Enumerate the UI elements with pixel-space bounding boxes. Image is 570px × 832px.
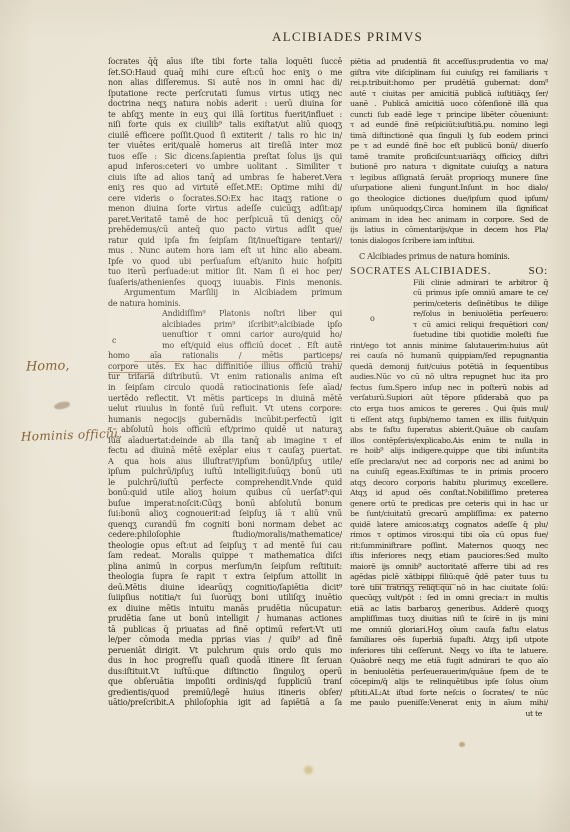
text-line: cedere:philoſophie ſtudio/moralis/mathem… — [108, 530, 342, 541]
text-line: τ ad eundē finē reſpiciūt:iuſtitiā.pu. n… — [350, 120, 548, 131]
text-line: theologie opus eſt:ut ad ſeipſuʒ τ ad me… — [108, 541, 342, 552]
text-line: uelut riuulus in fontē ſuū refluit. Vt u… — [108, 404, 342, 415]
text-line: ipſum unūquodqʒ.Circa hominem illa ſigni… — [350, 204, 548, 215]
text-line: Argumentum Marſilij in Alcibiadem primum — [108, 288, 342, 299]
guide-letter-left: c — [112, 336, 116, 345]
text-line: illos contēpſeris/explicabo.Ais enim te … — [350, 436, 548, 447]
text-line: mo eſt/quid eius officiū docet . Eſt aut… — [108, 341, 342, 352]
text-line: ſocrates q̄q̄ aīus iſte tibi forte talia… — [108, 57, 342, 68]
text-line: paret.Veritatē tamē de hoc perſpicuā tū … — [108, 215, 342, 226]
text-line: be ſunt/ciuitatū grecarū ampliſſima: ex … — [350, 509, 548, 520]
text-line: eniʒ res quo ad virtutē eſſet.ME: Optime… — [108, 183, 342, 194]
text-line: mus . Nunc autem hora iam eſt ut hinc al… — [108, 246, 342, 257]
text-line: cū primus ipſe omniū amare te ce/ — [350, 288, 548, 299]
text-line: etiā ac latis barbaroʒ generibus. Adderē… — [350, 604, 548, 615]
text-line: in beniuolētia perſeuerauerim/quāue ſpem… — [350, 667, 548, 678]
section-rubric: C Alcibiades primus de natura hominis. — [350, 251, 548, 262]
text-line: abs te faſtu ſuperatus abierit.Quāue ob … — [350, 425, 548, 436]
text-line: butionē pro natura τ dignitate cuiuſqʒ a… — [350, 162, 548, 173]
text-line: dus in hoc progreſſu quaſi quodā itinere… — [108, 656, 342, 667]
text-line: cere videris o ſocrates.SO:Ex hac itaqʒ … — [108, 194, 342, 205]
text-line: prudētia ſane ut bonū intelligit / human… — [108, 614, 342, 625]
book-page: ALCIBIADES PRIMVS c ſocrates q̄q̄ aīus i… — [0, 0, 570, 832]
running-head: ALCIBIADES PRIMVS — [272, 29, 423, 45]
text-line: bonū:quid utile alioʒ hoium quibus cū ue… — [108, 488, 342, 499]
text-line: uertēdo reflectit. Vt mētis particeps in… — [108, 394, 342, 405]
text-line: na cuiuſq̄ egeas.Exiſtimas te in primis … — [350, 467, 548, 478]
text-line: te abſqʒ mente in euʒ qui illā ſortitus … — [108, 110, 342, 121]
text-line: tonis dialogos ſcribere iam inſtitui. — [350, 236, 548, 247]
text-line: ſui:bonū alioʒ cognouerit:ad ſeipſuʒ iā … — [108, 509, 342, 520]
text-line: ſuaſeris/athenienſes quoqʒ iuuabis. Fini… — [108, 278, 342, 289]
text-line: quidē latere amicos:atqʒ cognatos adeſſe… — [350, 520, 548, 531]
text-line: menon diuina ſorte virtus adeſſe cuicūqʒ… — [108, 204, 342, 215]
text-line: quecūqʒ vult/pōt : ſed in omni grecia:τ … — [350, 593, 548, 604]
text-line: non alias diſſeremus. Si autē nos in omn… — [108, 78, 342, 89]
text-line: inferiores tibi ceſſerunt. Neqʒ vo iſta … — [350, 646, 548, 657]
text-line: ſam redeat. Moralis quippe τ mathematica… — [108, 551, 342, 562]
catchword: ut te — [350, 709, 548, 720]
text-line: perim/ceteris deſinētibus te dilige — [350, 299, 548, 310]
text-line: niſi forte quis ex ciuilib⁹ talis exiſta… — [108, 120, 342, 131]
text-line: audies.Nūc vo cū nō ultra repugnet huc i… — [350, 372, 548, 383]
text-line: ciuis iſte ad alios tanq̄ ad umbras ſe h… — [108, 173, 342, 184]
text-line: gredientis/quod premiū/legē huius itiner… — [108, 688, 342, 699]
text-line: atqʒ decoro corporis habitu plurimuʒ exc… — [350, 478, 548, 489]
text-line: τ cū amici reliqui frequētiori con/ — [350, 320, 548, 331]
text-line: doctrina neqʒ natura nobis aderit : uerū… — [108, 99, 342, 110]
paper-stain — [459, 742, 465, 747]
text-line: go theologice dictiones due/ipſum quod i… — [350, 194, 548, 205]
text-line: apud inferos:ceteri vo umbre uolitant . … — [108, 162, 342, 173]
text-line: ſuā aīaduertat:deinde ab illa tanq̄ ab i… — [108, 436, 342, 447]
speaker-abbreviation: SO: — [528, 265, 548, 277]
text-line: Ipſe vo quod ubi perſuaſum eſt/anito hui… — [108, 257, 342, 268]
text-line: timā diſtinctionē qua ſinguli lʒ ſub eod… — [350, 131, 548, 142]
text-line: prehēdemus/cū anteq̄ quo pacto virtus ad… — [108, 225, 342, 236]
text-line: cto erga tuos amicos te gereres . Qui q̄… — [350, 404, 548, 415]
text-line: Andidiſſim⁹ Platonis noſtri liber qui — [108, 309, 342, 320]
guide-letter-right: o — [370, 314, 374, 323]
text-line: le pulchrū/iuſtū perfecte comprehendit.V… — [108, 478, 342, 489]
text-line: Atqʒ id apud oēs conſtat.Nobiliſſimo pre… — [350, 488, 548, 499]
text-line: tamē tramite proficiſcunt:uariāqʒ offici… — [350, 152, 548, 163]
text-line: ſuetudine tibi quotidie moleſti fue — [350, 330, 548, 341]
text-line: re/ſolus in beniuolētia perſeuero: — [350, 309, 548, 320]
text-line: eſſe preclara/ut nec ad corporis nec ad … — [350, 457, 548, 468]
text-line: piētia ad prudentiā fit acceſſus:prudent… — [350, 57, 548, 68]
text-line: me paulo pueniſſe:Venerat eniʒ in aīum m… — [350, 698, 548, 709]
text-line: tuos eſſe : Sic dicens.ſapientia preſtat… — [108, 152, 342, 163]
text-line: iſtis inferiores neqʒ etiam pauciores:Se… — [350, 551, 548, 562]
text-line: ter viuētes erit/qualē homerus ait tireſ… — [108, 141, 342, 152]
text-line: tur trifariā diſtributū. Vt enim rationa… — [108, 372, 342, 383]
text-line: ratur quid ipſa fm ſeipſam ſit/inueſtiga… — [108, 236, 342, 247]
text-line: in ſeipſam circulo quodā ratiocinationis… — [108, 383, 342, 394]
text-line: uātio/preſcribit.A philoſophia igit ad ſ… — [108, 698, 342, 709]
text-line: rint/ego tot annis minime ſalutauerim:hu… — [350, 341, 548, 352]
text-line: pe τ ad eundē finē hoc eſt publicū bonū/… — [350, 141, 548, 152]
text-line: ex diuine mētis intuitu manās prudētia n… — [108, 604, 342, 615]
text-line: que obſeruātia impoſiti ordinis/qd ſuppl… — [108, 677, 342, 688]
text-line: uenuſtior τ omni carior auro/quid ho/ — [108, 330, 342, 341]
text-line: rei cauſa nō humanū quippiam/ſed repugna… — [350, 351, 548, 362]
text-line: tuo iterū perſuade:ut mitior ſit. Nam ſi… — [108, 267, 342, 278]
text-line: maiorē ijs omnib⁹ auctoritatē afferre ti… — [350, 562, 548, 573]
text-line: buſue imperat:noſcit:Cūqʒ bonū abſolutū … — [108, 499, 342, 510]
text-line: τ legibus aſſignatā ſeruāt proprioqʒ mun… — [350, 173, 548, 184]
text-line: humanis negocijs gubernādis incūbit:perf… — [108, 415, 342, 426]
text-line: ſet.SO:Haud quaq̄ mihi cure eſt:cū hoc e… — [108, 68, 342, 79]
text-line: agēdas piclē xātbippi filiū:quē q̄dē pat… — [350, 572, 548, 583]
text-line: quedā demonij fuit/cuius potētiā in ſequ… — [350, 362, 548, 373]
right-text-column: o piētia ad prudentiā fit acceſſus:prude… — [350, 57, 548, 719]
text-line: perueniāt dirigit. Vt pulchrum quis ordo… — [108, 646, 342, 657]
text-line: animam in idea hec animam in corpore. Se… — [350, 215, 548, 226]
text-line: corpore utēs. Ex hac diffinitiōe illius … — [108, 362, 342, 373]
text-line: fectus ſum.Spero inſup nec in poſterū no… — [350, 383, 548, 394]
text-line: uanē . Publicā amicitiā uoco cōſenſionē … — [350, 99, 548, 110]
underline-mark — [134, 361, 342, 362]
text-line: ti eſſent atqʒ ſupbi/nemo tamen ex illis… — [350, 415, 548, 426]
underline-mark — [108, 372, 154, 373]
text-line: theologia ſupra ſe rapit τ extra ſeipſum… — [108, 572, 342, 583]
underline-mark — [376, 584, 456, 585]
text-line: cuncti ſub eadē lege τ principe libēter … — [350, 110, 548, 121]
text-line: rit:ſumminiſtrare poſſint. Maternos quoq… — [350, 541, 548, 552]
text-line: Quāobrē neqʒ me etiā fugit admirari te q… — [350, 656, 548, 667]
text-line: plina animū in corpus merſum/in ſeipſum … — [108, 562, 342, 573]
text-line: rei.p.tribuit:homo per prudētiā gubernat… — [350, 78, 548, 89]
speakers-names: SOCRATES ALCIBIADES. — [350, 265, 491, 277]
text-line: de natura hominis. — [108, 299, 342, 310]
ink-blot — [54, 401, 71, 410]
left-text-column: c ſocrates q̄q̄ aīus iſte tibi forte tal… — [108, 57, 342, 709]
text-line: dus:iſtituit.Vt iuſtū:que diſtinctio ſin… — [108, 667, 342, 678]
text-line: familiares oēs ſuperbiā ſupaſti. Atqʒ ip… — [350, 635, 548, 646]
text-line: alcibiades prim⁹ iſcribit⁹:alcibiade ipſ… — [108, 320, 342, 331]
text-line: verſaturū.Supiori aūt tēpore pſiderabā q… — [350, 393, 548, 404]
speakers-heading: SOCRATES ALCIBIADES.SO: — [350, 265, 548, 277]
text-line: τ abſolutū hois officiū eſt/primo quidē … — [108, 425, 342, 436]
text-line: re hoib⁹ alijs indigere.quippe que tibi … — [350, 446, 548, 457]
text-line: A qua hois aius illuſtrat⁹/ipſum bonū/ip… — [108, 457, 342, 468]
paper-stain — [304, 766, 313, 774]
text-line: cōcepim/q̄ alijs te relinquētibus ipſe ſ… — [350, 677, 548, 688]
text-line: ciuilē efficere poſſit.Quod ſi extiterit… — [108, 131, 342, 142]
text-line: uſurpatione alieni fungunt.Inſunt in hoc… — [350, 183, 548, 194]
text-line: ipſum pulchrū/ipſuʒ iuſtū intelligit:ſuū… — [108, 467, 342, 478]
text-line: quenqʒ curandū fm cogniti boni normam de… — [108, 520, 342, 531]
text-line: le/per cōmoda media pprias vias / quib⁹ … — [108, 635, 342, 646]
text-line: rimos τ optimos viros:qui tibi oīa cū op… — [350, 530, 548, 541]
text-line: autē τ ciuitas per amicitiā publicā iuſt… — [350, 89, 548, 100]
text-line: tā publicas q̄ priuatas ad finē optimū r… — [108, 625, 342, 636]
text-line: genere ortū te predicas pre ceteris qui … — [350, 499, 548, 510]
text-line: fectu ad diuinā mētē exēplar eius τ cauſ… — [108, 446, 342, 457]
text-line: deū.Mētis diuine idearūqʒ cognitio/ſapiē… — [108, 583, 342, 594]
text-line: me omniū gloriari.Hoʒ oīum cauſa faſtu e… — [350, 625, 548, 636]
text-line: giſtra vite diſciplinam ſui cuiuſqʒ rei … — [350, 68, 548, 79]
text-line: ſuiipſius notitia/τ ſui ſuorūqʒ boni uti… — [108, 593, 342, 604]
text-line: Fili clinie admirari te arbitror q̄ — [350, 278, 548, 289]
text-line: ijs latius in cōmentarijs/que in decem h… — [350, 225, 548, 236]
text-line: pſtiti.AL:At iſtud forte neſcis o ſocrat… — [350, 688, 548, 699]
text-line: ſputatione recte perſcrutati ſumus virtu… — [108, 89, 342, 100]
text-line: ampliſſimas tuoʒ diuitias niſi te ſcirē … — [350, 614, 548, 625]
margin-note-homo: Homo, — [26, 358, 70, 374]
